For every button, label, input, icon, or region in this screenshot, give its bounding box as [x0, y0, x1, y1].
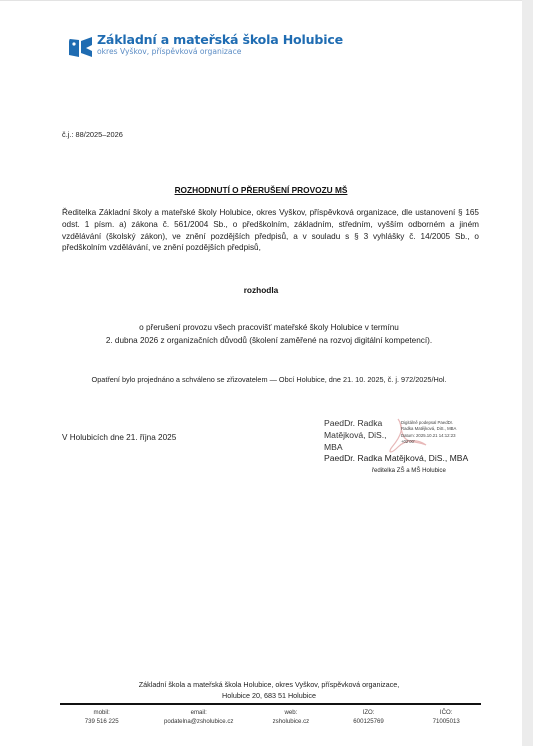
footer-contacts: mobil: 739 516 225 email: podatelna@zsho…	[60, 709, 481, 726]
digital-signature[interactable]: PaedDr. Radka Matějková, DiS., MBA Digit…	[324, 417, 484, 477]
decision-text: o přerušení provozu všech pracovišť mate…	[0, 322, 533, 348]
digital-signature-details: Digitálně podepsal PaedDr. Radka Matějko…	[401, 420, 491, 445]
document-page: Základní a mateřská škola Holubice okres…	[0, 1, 522, 746]
decision-line-1: o přerušení provozu všech pracovišť mate…	[0, 322, 533, 335]
decision-line-2: 2. dubna 2026 z organizačních důvodů (šk…	[0, 335, 533, 348]
reference-number: č.j.: 88/2025–2026	[62, 130, 123, 139]
logo-title: Základní a mateřská škola Holubice	[97, 32, 343, 48]
school-logo: Základní a mateřská škola Holubice okres…	[69, 32, 343, 62]
footer-ico: IČO: 71005013	[407, 709, 485, 726]
school-logo-icon	[69, 35, 93, 59]
footer-email: email: podatelna@zsholubice.cz	[145, 709, 252, 726]
footer-address: Základní škola a mateřská škola Holubice…	[0, 680, 533, 701]
footer-web: web: zsholubice.cz	[252, 709, 330, 726]
signer-name-large: PaedDr. Radka Matějková, DiS., MBA	[324, 417, 394, 453]
document-title: ROZHODNUTÍ O PŘERUŠENÍ PROVOZU MŠ	[0, 185, 522, 195]
signer-role: ředitelka ZŠ a MŠ Holubice	[372, 467, 446, 474]
footer-izo: IZO: 600125769	[330, 709, 408, 726]
footer-divider	[60, 703, 481, 705]
approval-note: Opatření bylo projednáno a schváleno se …	[0, 375, 533, 384]
logo-subtitle: okres Vyškov, příspěvková organizace	[97, 47, 343, 56]
viewer-scrollbar-track[interactable]	[522, 0, 533, 746]
place-and-date: V Holubicích dne 21. října 2025	[62, 433, 176, 442]
footer-mobile: mobil: 739 516 225	[58, 709, 145, 726]
decided-heading: rozhodla	[0, 285, 522, 295]
signer-printed-name: PaedDr. Radka Matějková, DiS., MBA	[324, 453, 468, 463]
intro-paragraph: Ředitelka Základní školy a mateřské škol…	[62, 207, 479, 254]
